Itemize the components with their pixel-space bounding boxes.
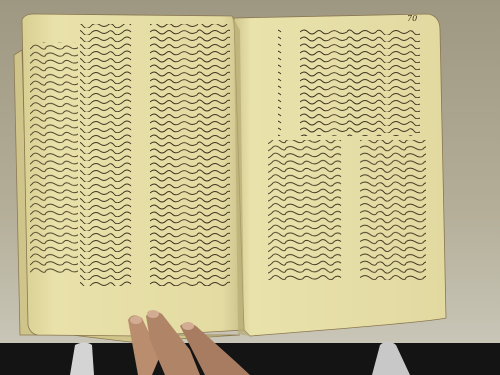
page-number: 70 (407, 14, 417, 23)
manuscript-photo (0, 0, 500, 375)
